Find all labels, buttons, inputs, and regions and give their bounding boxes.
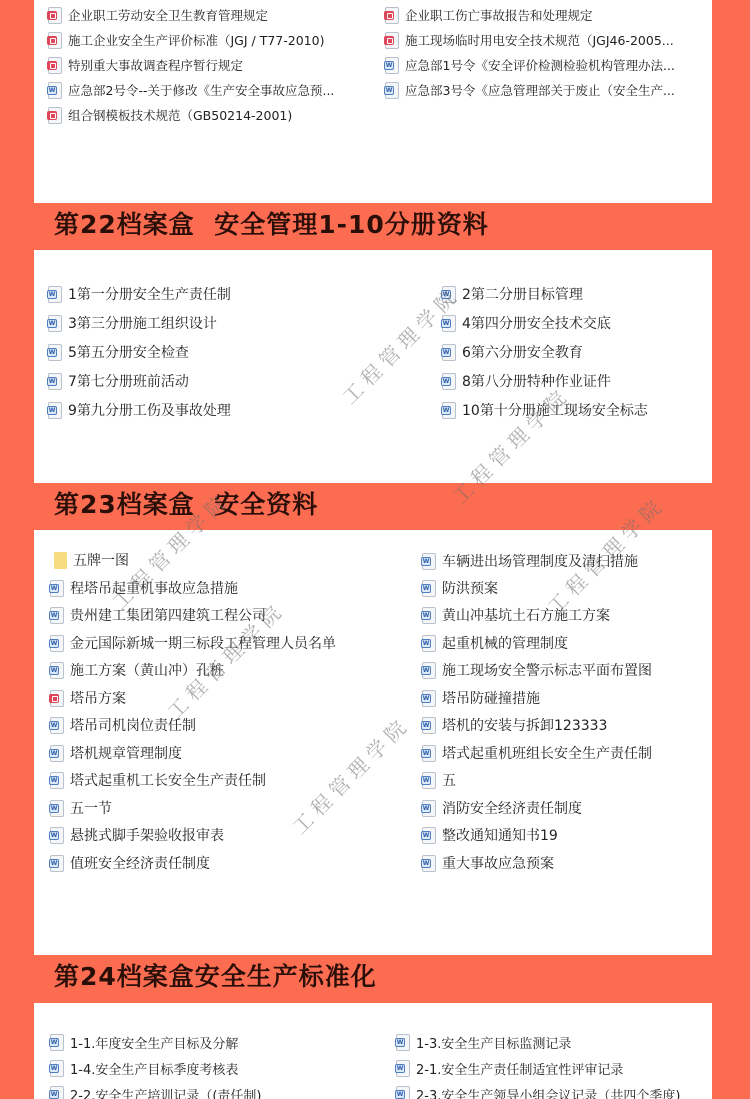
file-item[interactable]: 1-4.安全生产目标季度考核表 bbox=[50, 1059, 238, 1078]
word-file-icon bbox=[422, 772, 436, 789]
file-item[interactable]: 3第三分册施工组织设计 bbox=[48, 313, 217, 333]
file-list-card-box-24: 1-1.年度安全生产目标及分解 1-4.安全生产目标季度考核表 2-2.安全生产… bbox=[34, 1003, 712, 1099]
file-item[interactable]: 4第四分册安全技术交底 bbox=[442, 313, 611, 333]
word-file-icon bbox=[48, 286, 62, 303]
word-file-icon bbox=[442, 315, 456, 332]
file-item[interactable]: 应急部2号令--关于修改《生产安全事故应急预... bbox=[48, 81, 334, 99]
word-file-icon bbox=[50, 855, 64, 872]
pdf-file-icon bbox=[50, 690, 64, 707]
file-item[interactable]: 组合钢模板技术规范（GB50214-2001) bbox=[48, 106, 292, 124]
word-file-icon bbox=[422, 635, 436, 652]
file-item[interactable]: 五一节 bbox=[50, 798, 112, 818]
file-item[interactable]: 程塔吊起重机事故应急措施 bbox=[50, 578, 238, 598]
file-list-card-regulations: 企业职工劳动安全卫生教育管理规定 施工企业安全生产评价标准（JGJ / T77-… bbox=[34, 0, 712, 203]
word-file-icon bbox=[50, 800, 64, 817]
word-file-icon bbox=[442, 344, 456, 361]
file-item[interactable]: 防洪预案 bbox=[422, 578, 498, 598]
word-file-icon bbox=[422, 553, 436, 570]
file-item[interactable]: 塔机的安装与拆卸123333 bbox=[422, 715, 607, 735]
file-item[interactable]: 施工企业安全生产评价标准（JGJ / T77-2010) bbox=[48, 31, 324, 49]
file-item[interactable]: 悬挑式脚手架验收报审表 bbox=[50, 825, 224, 845]
section-title-24: 第24档案盒安全生产标准化 bbox=[54, 957, 377, 993]
word-file-icon bbox=[442, 402, 456, 419]
word-file-icon bbox=[50, 635, 64, 652]
file-item[interactable]: 8第八分册特种作业证件 bbox=[442, 371, 611, 391]
file-item[interactable]: 塔吊方案 bbox=[50, 688, 126, 708]
word-file-icon bbox=[50, 772, 64, 789]
word-file-icon bbox=[48, 315, 62, 332]
folder-icon bbox=[54, 552, 67, 569]
word-file-icon bbox=[422, 580, 436, 597]
pdf-file-icon bbox=[48, 7, 62, 24]
word-file-icon bbox=[50, 1086, 64, 1099]
file-item[interactable]: 2-1.安全生产责任制适宜性评审记录 bbox=[396, 1059, 623, 1078]
word-file-icon bbox=[50, 1060, 64, 1077]
file-item[interactable]: 1-1.年度安全生产目标及分解 bbox=[50, 1033, 238, 1052]
word-file-icon bbox=[396, 1034, 410, 1051]
file-item[interactable]: 贵州建工集团第四建筑工程公司 bbox=[50, 605, 266, 625]
file-item[interactable]: 车辆进出场管理制度及清扫措施 bbox=[422, 551, 638, 571]
word-file-icon bbox=[50, 717, 64, 734]
file-item[interactable]: 1第一分册安全生产责任制 bbox=[48, 284, 231, 304]
word-file-icon bbox=[422, 717, 436, 734]
word-file-icon bbox=[48, 344, 62, 361]
file-item[interactable]: 塔吊防碰撞措施 bbox=[422, 688, 540, 708]
file-item[interactable]: 应急部1号令《安全评价检测检验机构管理办法... bbox=[385, 56, 675, 74]
file-item[interactable]: 塔式起重机班组长安全生产责任制 bbox=[422, 743, 652, 763]
file-item[interactable]: 值班安全经济责任制度 bbox=[50, 853, 210, 873]
word-file-icon bbox=[422, 827, 436, 844]
file-item[interactable]: 施工现场临时用电安全技术规范（JGJ46-2005... bbox=[385, 31, 674, 49]
file-item[interactable]: 金元国际新城一期三标段工程管理人员名单 bbox=[50, 633, 336, 653]
file-item[interactable]: 整改通知通知书19 bbox=[422, 825, 558, 845]
file-item[interactable]: 施工现场安全警示标志平面布置图 bbox=[422, 660, 652, 680]
file-item[interactable]: 施工方案（黄山冲）孔桩 bbox=[50, 660, 224, 680]
word-file-icon bbox=[385, 82, 399, 99]
file-list-card-box-22: 1第一分册安全生产责任制 3第三分册施工组织设计 5第五分册安全检查 7第七分册… bbox=[34, 250, 712, 483]
file-item[interactable]: 2第二分册目标管理 bbox=[442, 284, 583, 304]
word-file-icon bbox=[396, 1060, 410, 1077]
word-file-icon bbox=[422, 607, 436, 624]
word-file-icon bbox=[50, 745, 64, 762]
file-item[interactable]: 7第七分册班前活动 bbox=[48, 371, 189, 391]
pdf-file-icon bbox=[48, 57, 62, 74]
word-file-icon bbox=[422, 855, 436, 872]
word-file-icon bbox=[385, 57, 399, 74]
word-file-icon bbox=[48, 402, 62, 419]
file-item[interactable]: 应急部3号令《应急管理部关于废止（安全生产... bbox=[385, 81, 675, 99]
section-title-23: 第23档案盒 安全资料 bbox=[54, 485, 318, 521]
word-file-icon bbox=[422, 662, 436, 679]
file-item[interactable]: 重大事故应急预案 bbox=[422, 853, 554, 873]
pdf-file-icon bbox=[385, 32, 399, 49]
word-file-icon bbox=[50, 1034, 64, 1051]
file-item[interactable]: 塔吊司机岗位责任制 bbox=[50, 715, 196, 735]
file-item[interactable]: 9第九分册工伤及事故处理 bbox=[48, 400, 231, 420]
file-item[interactable]: 特别重大事故调查程序暂行规定 bbox=[48, 56, 243, 74]
file-item[interactable]: 企业职工伤亡事故报告和处理规定 bbox=[385, 6, 593, 24]
file-item[interactable]: 5第五分册安全检查 bbox=[48, 342, 189, 362]
file-item[interactable]: 黄山冲基坑土石方施工方案 bbox=[422, 605, 610, 625]
pdf-file-icon bbox=[385, 7, 399, 24]
file-item[interactable]: 2-2.安全生产培训记录（(责任制) bbox=[50, 1085, 262, 1099]
word-file-icon bbox=[422, 745, 436, 762]
file-item[interactable]: 塔式起重机工长安全生产责任制 bbox=[50, 770, 266, 790]
file-item[interactable]: 企业职工劳动安全卫生教育管理规定 bbox=[48, 6, 268, 24]
file-item[interactable]: 五 bbox=[422, 770, 456, 790]
word-file-icon bbox=[422, 800, 436, 817]
word-file-icon bbox=[50, 827, 64, 844]
word-file-icon bbox=[442, 373, 456, 390]
word-file-icon bbox=[48, 82, 62, 99]
file-item[interactable]: 10第十分册施工现场安全标志 bbox=[442, 400, 648, 420]
file-item[interactable]: 2-3.安全生产领导小组会议记录（共四个季度) bbox=[396, 1085, 680, 1099]
file-item[interactable]: 1-3.安全生产目标监测记录 bbox=[396, 1033, 571, 1052]
word-file-icon bbox=[50, 580, 64, 597]
word-file-icon bbox=[50, 662, 64, 679]
word-file-icon bbox=[396, 1086, 410, 1099]
word-file-icon bbox=[48, 373, 62, 390]
section-title-22: 第22档案盒 安全管理1-10分册资料 bbox=[54, 205, 489, 241]
file-item[interactable]: 消防安全经济责任制度 bbox=[422, 798, 582, 818]
word-file-icon bbox=[442, 286, 456, 303]
file-item[interactable]: 塔机规章管理制度 bbox=[50, 743, 182, 763]
file-list-card-box-23: 五牌一图 程塔吊起重机事故应急措施 贵州建工集团第四建筑工程公司 金元国际新城一… bbox=[34, 530, 712, 955]
file-item[interactable]: 起重机械的管理制度 bbox=[422, 633, 568, 653]
file-item[interactable]: 6第六分册安全教育 bbox=[442, 342, 583, 362]
pdf-file-icon bbox=[48, 107, 62, 124]
folder-item[interactable]: 五牌一图 bbox=[54, 550, 129, 570]
pdf-file-icon bbox=[48, 32, 62, 49]
word-file-icon bbox=[422, 690, 436, 707]
word-file-icon bbox=[50, 607, 64, 624]
